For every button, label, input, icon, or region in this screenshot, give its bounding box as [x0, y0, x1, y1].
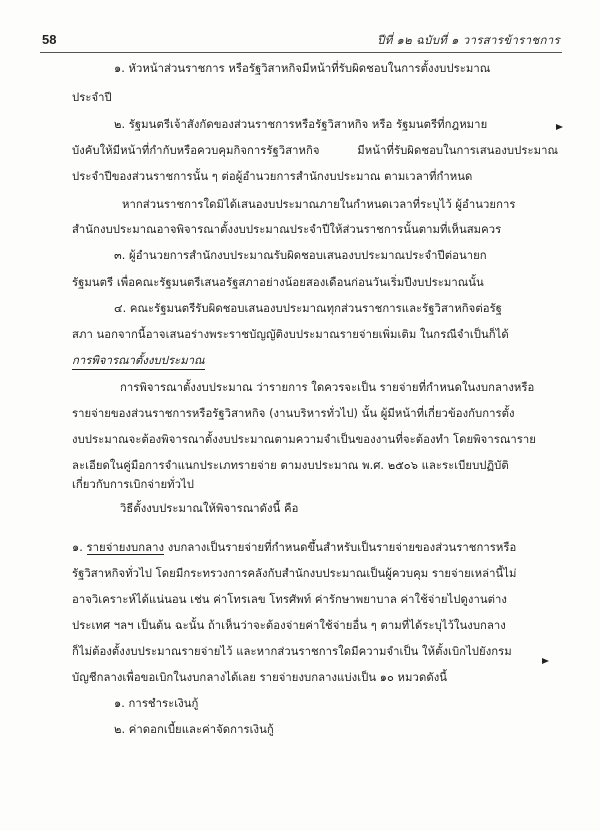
- page-header: 58 ปีที่ ๑๒ ฉบับที่ ๑ วารสารข้าราชการ: [42, 30, 560, 50]
- section-heading-text: การพิจารณาตั้งงบประมาณ: [72, 354, 205, 370]
- document-page: 58 ปีที่ ๑๒ ฉบับที่ ๑ วารสารข้าราชการ ๑.…: [0, 0, 600, 831]
- category-item: ๒. ค่าดอกเบี้ยและค่าจัดการเงินกู้: [114, 723, 274, 737]
- central-budget-line-6: บัญชีกลางเพื่อขอเบิกในงบกลางได้เลย รายจ่…: [72, 671, 447, 685]
- central-budget-line-2: รัฐวิสาหกิจทั่วไป โดยมีกระทรวงการคลังกับ…: [72, 567, 517, 581]
- page-number: 58: [42, 32, 56, 47]
- item-3-line-2: รัฐมนตรี เพื่อคณะรัฐมนตรีเสนอรัฐสภาอย่าง…: [72, 276, 484, 290]
- section-p1-line-1: การพิจารณาตั้งงบประมาณ ว่ารายการ ใดควรจะ…: [120, 381, 534, 395]
- section-heading: การพิจารณาตั้งงบประมาณ: [72, 354, 205, 368]
- central-budget-number: ๑.: [72, 541, 83, 554]
- category-item: ๑. การชำระเงินกู้: [114, 697, 198, 711]
- arrow-mark-icon: [556, 124, 563, 130]
- item-2-line-1: ๒. รัฐมนตรีเจ้าสังกัดของส่วนราชการหรือรั…: [114, 118, 487, 132]
- section-p1-line-3: งบประมาณจะต้องพิจารณาตั้งงบประมาณตามความ…: [72, 433, 536, 447]
- section-p1-line-4: ละเอียดในคู่มือการจำแนกประเภทรายจ่าย ตาม…: [72, 459, 509, 473]
- central-budget-line-1-rest: งบกลางเป็นรายจ่ายที่กำหนดขึ้นสำหรับเป็นร…: [168, 541, 517, 554]
- item-4-line-1: ๔. คณะรัฐมนตรีรับผิดชอบเสนองบประมาณทุกส่…: [114, 302, 502, 316]
- category-label: การชำระเงินกู้: [129, 697, 199, 710]
- section-p2: วิธีตั้งงบประมาณให้พิจารณาดังนี้ คือ: [120, 502, 298, 516]
- section-p1-line-5: เกี่ยวกับการเบิกจ่ายทั่วไป: [72, 478, 194, 492]
- item-1-line-2: ประจำปี: [72, 91, 112, 105]
- central-budget-line-1: ๑. รายจ่ายงบกลาง งบกลางเป็นรายจ่ายที่กำห…: [72, 541, 516, 555]
- central-budget-line-5: ก็ไม่ต้องตั้งงบประมาณรายจ่ายไว้ และหากส่…: [72, 645, 512, 659]
- category-number: ๒.: [114, 723, 125, 736]
- section-p1-line-2: รายจ่ายของส่วนราชการหรือรัฐวิสาหกิจ (งาน…: [72, 407, 515, 421]
- central-budget-line-3: อาจวิเคราะห์ได้แน่นอน เช่น ค่าโทรเลข โทร…: [72, 593, 507, 607]
- category-label: ค่าดอกเบี้ยและค่าจัดการเงินกู้: [129, 723, 274, 736]
- central-budget-line-4: ประเทศ ฯลฯ เป็นต้น ฉะนั้น ถ้าเห็นว่าจะต้…: [72, 619, 506, 633]
- running-head: ปีที่ ๑๒ ฉบับที่ ๑ วารสารข้าราชการ: [377, 32, 560, 50]
- item-2-line-2: บังคับให้มีหน้าที่กำกับหรือควบคุมกิจการร…: [72, 144, 558, 158]
- note-line-2: สำนักงบประมาณอาจพิจารณาตั้งงบประมาณประจำ…: [72, 223, 501, 237]
- item-2-line-3: ประจำปีของส่วนราชการนั้น ๆ ต่อผู้อำนวยกา…: [72, 170, 472, 184]
- arrow-mark-icon: [542, 658, 549, 664]
- item-4-line-2: สภา นอกจากนี้อาจเสนอร่างพระราชบัญญัติงบป…: [72, 328, 509, 342]
- note-line-1: หากส่วนราชการใดมิได้เสนองบประมาณภายในกำห…: [122, 198, 515, 212]
- category-number: ๑.: [114, 697, 125, 710]
- item-1-line-1: ๑. หัวหน้าส่วนราชการ หรือรัฐวิสาหกิจมีหน…: [114, 62, 490, 76]
- central-budget-term: รายจ่ายงบกลาง: [87, 541, 165, 555]
- header-rule: [40, 52, 562, 53]
- item-3-line-1: ๓. ผู้อำนวยการสำนักงบประมาณรับผิดชอบเสนอ…: [114, 249, 487, 263]
